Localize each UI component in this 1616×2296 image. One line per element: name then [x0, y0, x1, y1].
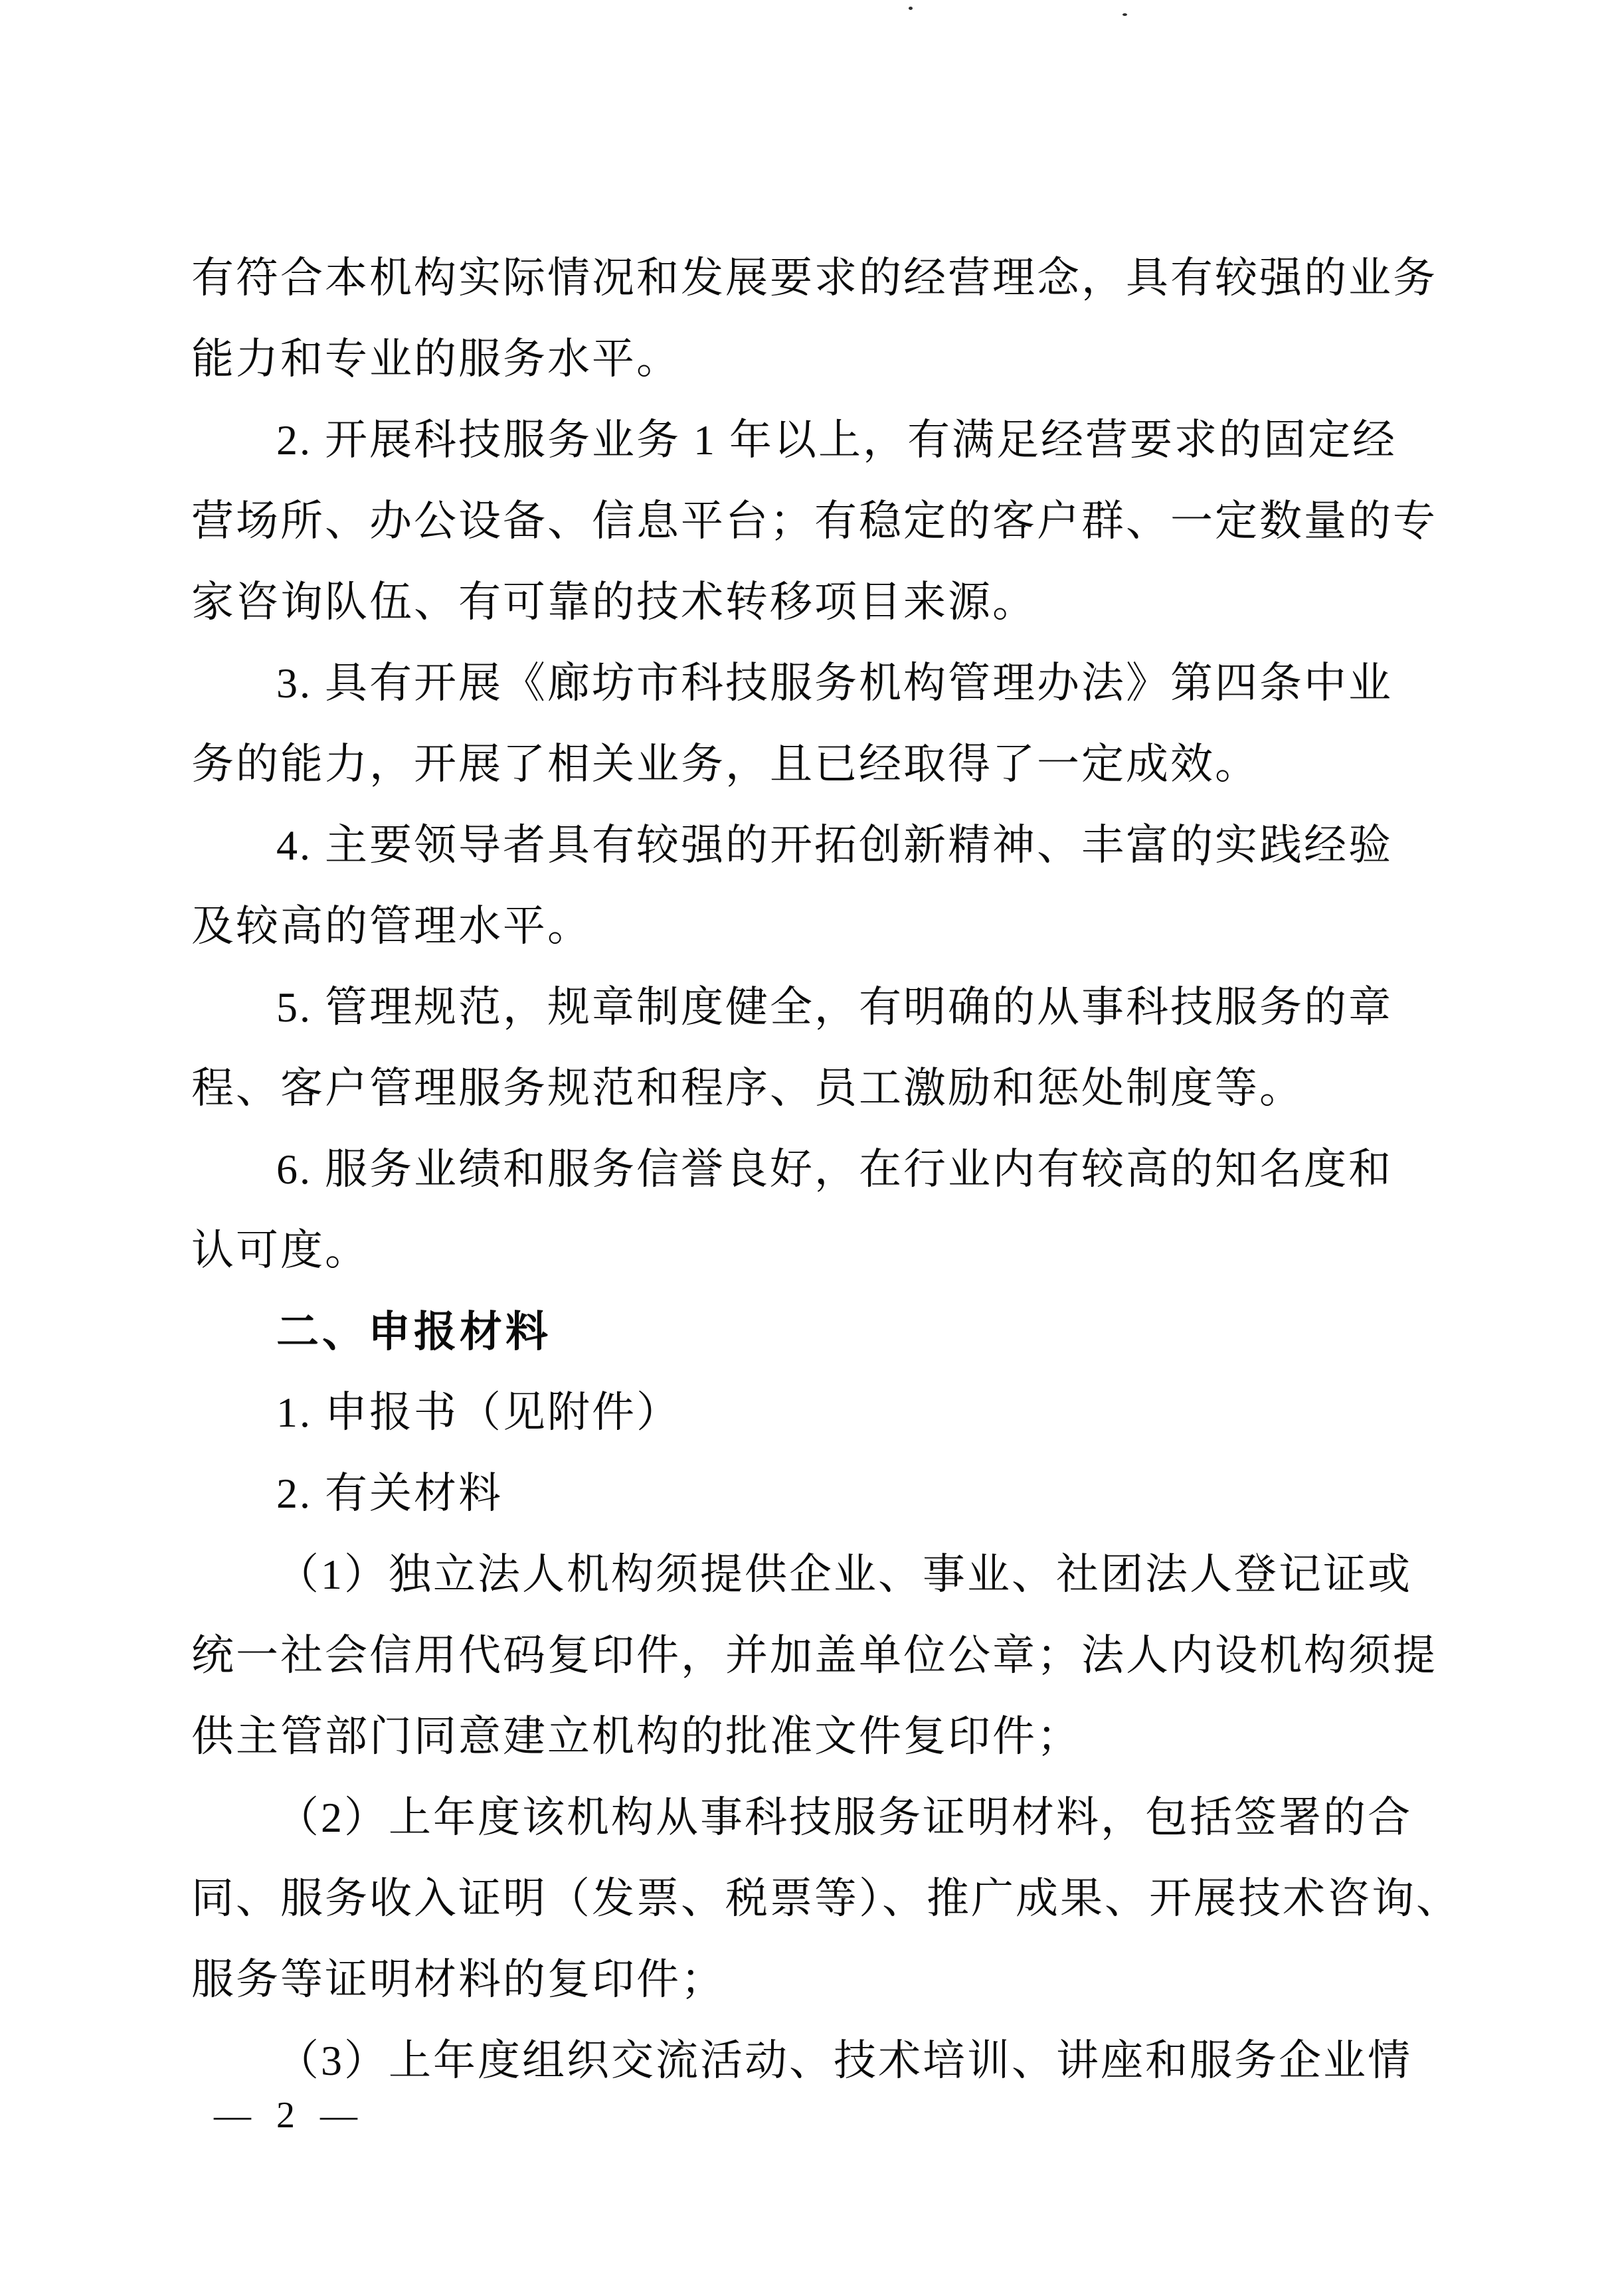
- text-line: 服务等证明材料的复印件；: [191, 1939, 1453, 2020]
- scanned-document-page: 有符合本机构实际情况和发展要求的经营理念，具有较强的业务 能力和专业的服务水平。…: [0, 0, 1616, 2296]
- text-line: 3. 具有开展《廊坊市科技服务机构管理办法》第四条中业: [191, 643, 1453, 724]
- scan-speckle: [1122, 13, 1127, 16]
- text-line: （1）独立法人机构须提供企业、事业、社团法人登记证或: [191, 1534, 1453, 1615]
- subitem-1-legal-entity-documents: （1）独立法人机构须提供企业、事业、社团法人登记证或 统一社会信用代码复印件，并…: [191, 1534, 1453, 1777]
- text-line: 统一社会信用代码复印件，并加盖单位公章；法人内设机构须提: [191, 1615, 1453, 1696]
- item-2-related-materials: 2. 有关材料: [191, 1453, 1453, 1534]
- text-line: 家咨询队伍、有可靠的技术转移项目来源。: [191, 562, 1453, 643]
- text-line: 5. 管理规范，规章制度健全，有明确的从事科技服务的章: [191, 967, 1453, 1048]
- text-line: 1. 申报书（见附件）: [191, 1372, 1453, 1453]
- subitem-2-service-proof-materials: （2）上年度该机构从事科技服务证明材料，包括签署的合 同、服务收入证明（发票、税…: [191, 1777, 1453, 2020]
- page-number: — 2 —: [214, 2085, 365, 2145]
- text-line: 6. 服务业绩和服务信誉良好，在行业内有较高的知名度和: [191, 1129, 1453, 1210]
- subitem-3-activities-training: （3）上年度组织交流活动、技术培训、讲座和服务企业情: [191, 2020, 1453, 2101]
- text-line: 程、客户管理服务规范和程序、员工激励和惩处制度等。: [191, 1048, 1453, 1129]
- text-line: 营场所、办公设备、信息平台；有稳定的客户群、一定数量的专: [191, 481, 1453, 562]
- paragraph-continued-capability: 有符合本机构实际情况和发展要求的经营理念，具有较强的业务 能力和专业的服务水平。: [191, 238, 1453, 400]
- item-3-business-scope: 3. 具有开展《廊坊市科技服务机构管理办法》第四条中业 务的能力，开展了相关业务…: [191, 643, 1453, 805]
- text-line: 认可度。: [191, 1210, 1453, 1291]
- item-1-application-form: 1. 申报书（见附件）: [191, 1372, 1453, 1453]
- text-line: （3）上年度组织交流活动、技术培训、讲座和服务企业情: [191, 2020, 1453, 2101]
- item-6-reputation: 6. 服务业绩和服务信誉良好，在行业内有较高的知名度和 认可度。: [191, 1129, 1453, 1291]
- section-heading-application-materials: 二、申报材料: [191, 1291, 1453, 1372]
- text-line: （2）上年度该机构从事科技服务证明材料，包括签署的合: [191, 1777, 1453, 1858]
- text-line: 务的能力，开展了相关业务，且已经取得了一定成效。: [191, 724, 1453, 805]
- text-line: 及较高的管理水平。: [191, 886, 1453, 967]
- text-line: 能力和专业的服务水平。: [191, 319, 1453, 400]
- text-line: 供主管部门同意建立机构的批准文件复印件；: [191, 1696, 1453, 1777]
- text-line: 有符合本机构实际情况和发展要求的经营理念，具有较强的业务: [191, 238, 1453, 319]
- text-line: 4. 主要领导者具有较强的开拓创新精神、丰富的实践经验: [191, 805, 1453, 886]
- item-5-management-rules: 5. 管理规范，规章制度健全，有明确的从事科技服务的章 程、客户管理服务规范和程…: [191, 967, 1453, 1129]
- scan-speckle: [909, 7, 913, 10]
- document-text-block: 有符合本机构实际情况和发展要求的经营理念，具有较强的业务 能力和专业的服务水平。…: [191, 238, 1453, 2101]
- item-4-leadership: 4. 主要领导者具有较强的开拓创新精神、丰富的实践经验 及较高的管理水平。: [191, 805, 1453, 967]
- item-2-business-duration: 2. 开展科技服务业务 1 年以上，有满足经营要求的固定经 营场所、办公设备、信…: [191, 400, 1453, 643]
- text-line: 2. 有关材料: [191, 1453, 1453, 1534]
- text-line: 2. 开展科技服务业务 1 年以上，有满足经营要求的固定经: [191, 400, 1453, 481]
- heading-line: 二、申报材料: [191, 1291, 1453, 1372]
- text-line: 同、服务收入证明（发票、税票等）、推广成果、开展技术咨询、: [191, 1858, 1453, 1939]
